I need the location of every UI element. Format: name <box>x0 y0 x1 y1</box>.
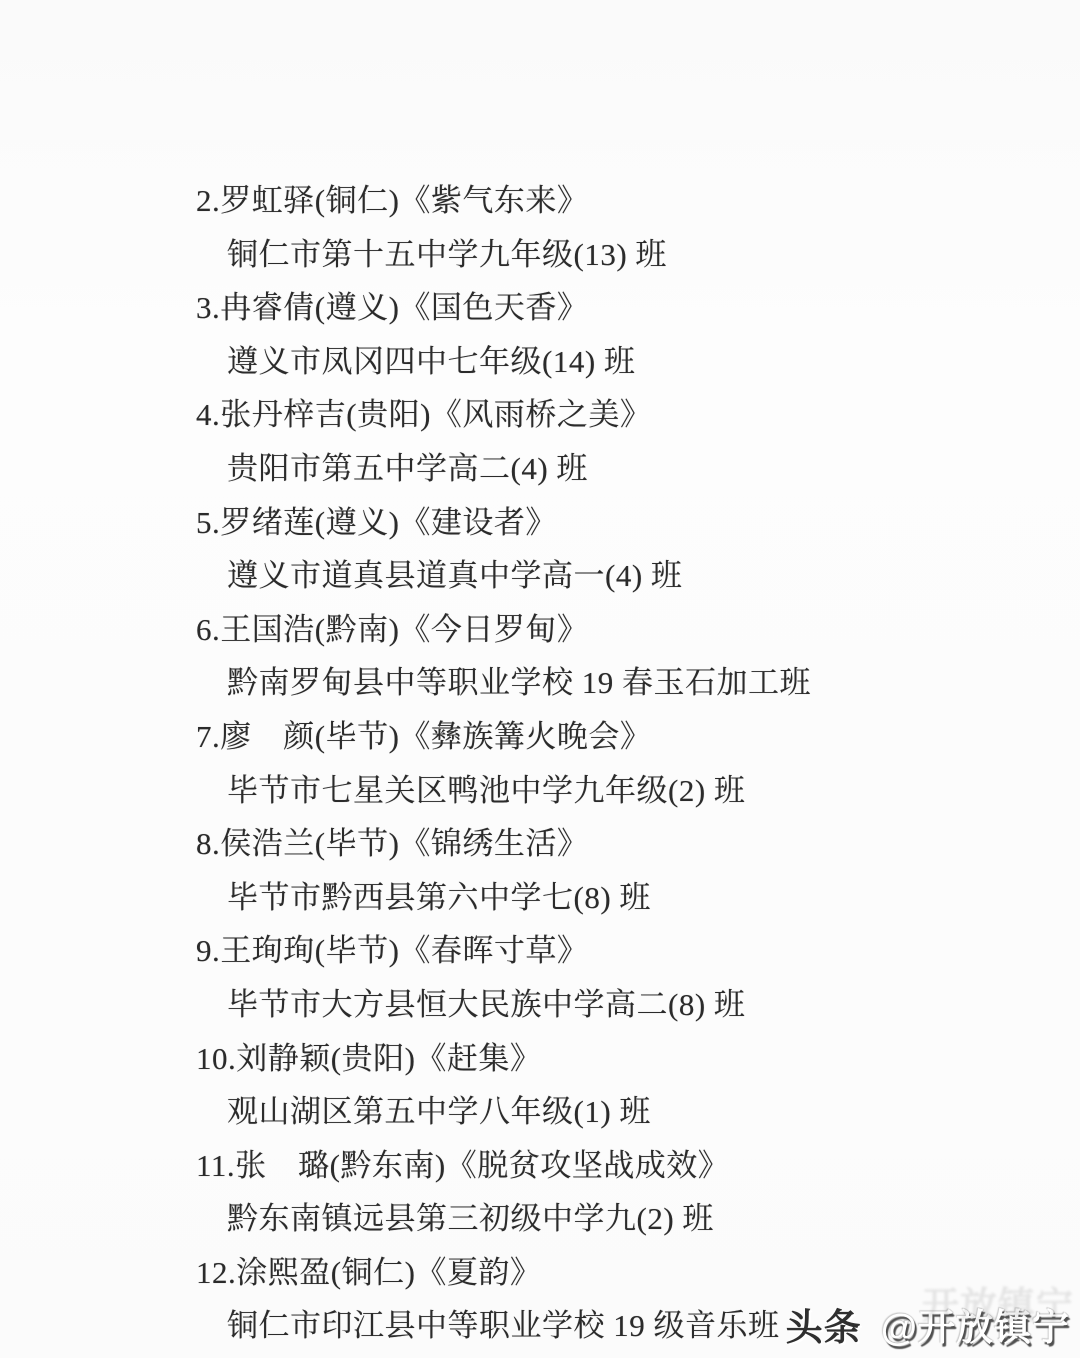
list-item-entry: 8.侯浩兰(毕节)《锦绣生活》 <box>196 817 811 871</box>
list-item-school: 毕节市黔西县第六中学七(8) 班 <box>196 871 811 925</box>
list-item-entry: 4.张丹梓吉(贵阳)《风雨桥之美》 <box>196 388 811 442</box>
list-item-entry: 10.刘静颖(贵阳)《赶集》 <box>196 1032 811 1086</box>
list-item-school: 遵义市凤冈四中七年级(14) 班 <box>196 335 811 389</box>
list-item-school: 黔南罗甸县中等职业学校 19 春玉石加工班 <box>196 656 811 710</box>
list-item-school: 毕节市七星关区鸭池中学九年级(2) 班 <box>196 764 811 818</box>
watermark-brand-label: 头条 <box>786 1307 862 1348</box>
toutiao-watermark: 开放镇宁 头条 @开放镇宁 <box>786 1297 1070 1351</box>
award-list: 2.罗虹驿(铜仁)《紫气东来》 铜仁市第十五中学九年级(13) 班 3.冉睿倩(… <box>196 174 811 1353</box>
list-item-entry: 7.廖 颜(毕节)《彝族篝火晚会》 <box>196 710 811 764</box>
list-item-school: 观山湖区第五中学八年级(1) 班 <box>196 1085 811 1139</box>
list-item-school: 遵义市道真县道真中学高一(4) 班 <box>196 549 811 603</box>
list-item-school: 铜仁市第十五中学九年级(13) 班 <box>196 228 811 282</box>
list-item-school: 黔东南镇远县第三初级中学九(2) 班 <box>196 1192 811 1246</box>
list-item-entry: 5.罗绪莲(遵义)《建设者》 <box>196 496 811 550</box>
list-item-entry: 12.涂熙盈(铜仁)《夏韵》 <box>196 1246 811 1300</box>
list-item-entry: 6.王国浩(黔南)《今日罗甸》 <box>196 603 811 657</box>
list-item-entry: 3.冉睿倩(遵义)《国色天香》 <box>196 281 811 335</box>
document-page: 2.罗虹驿(铜仁)《紫气东来》 铜仁市第十五中学九年级(13) 班 3.冉睿倩(… <box>0 0 1080 1358</box>
list-item-school: 贵阳市第五中学高二(4) 班 <box>196 442 811 496</box>
list-item-school: 毕节市大方县恒大民族中学高二(8) 班 <box>196 978 811 1032</box>
list-item-entry: 2.罗虹驿(铜仁)《紫气东来》 <box>196 174 811 228</box>
list-item-school: 铜仁市印江县中等职业学校 19 级音乐班 <box>196 1299 811 1353</box>
list-item-entry: 11.张 璐(黔东南)《脱贫攻坚战成效》 <box>196 1139 811 1193</box>
watermark-ghost-text: 开放镇宁 <box>922 1275 1074 1329</box>
list-item-entry: 9.王珣珣(毕节)《春晖寸草》 <box>196 924 811 978</box>
